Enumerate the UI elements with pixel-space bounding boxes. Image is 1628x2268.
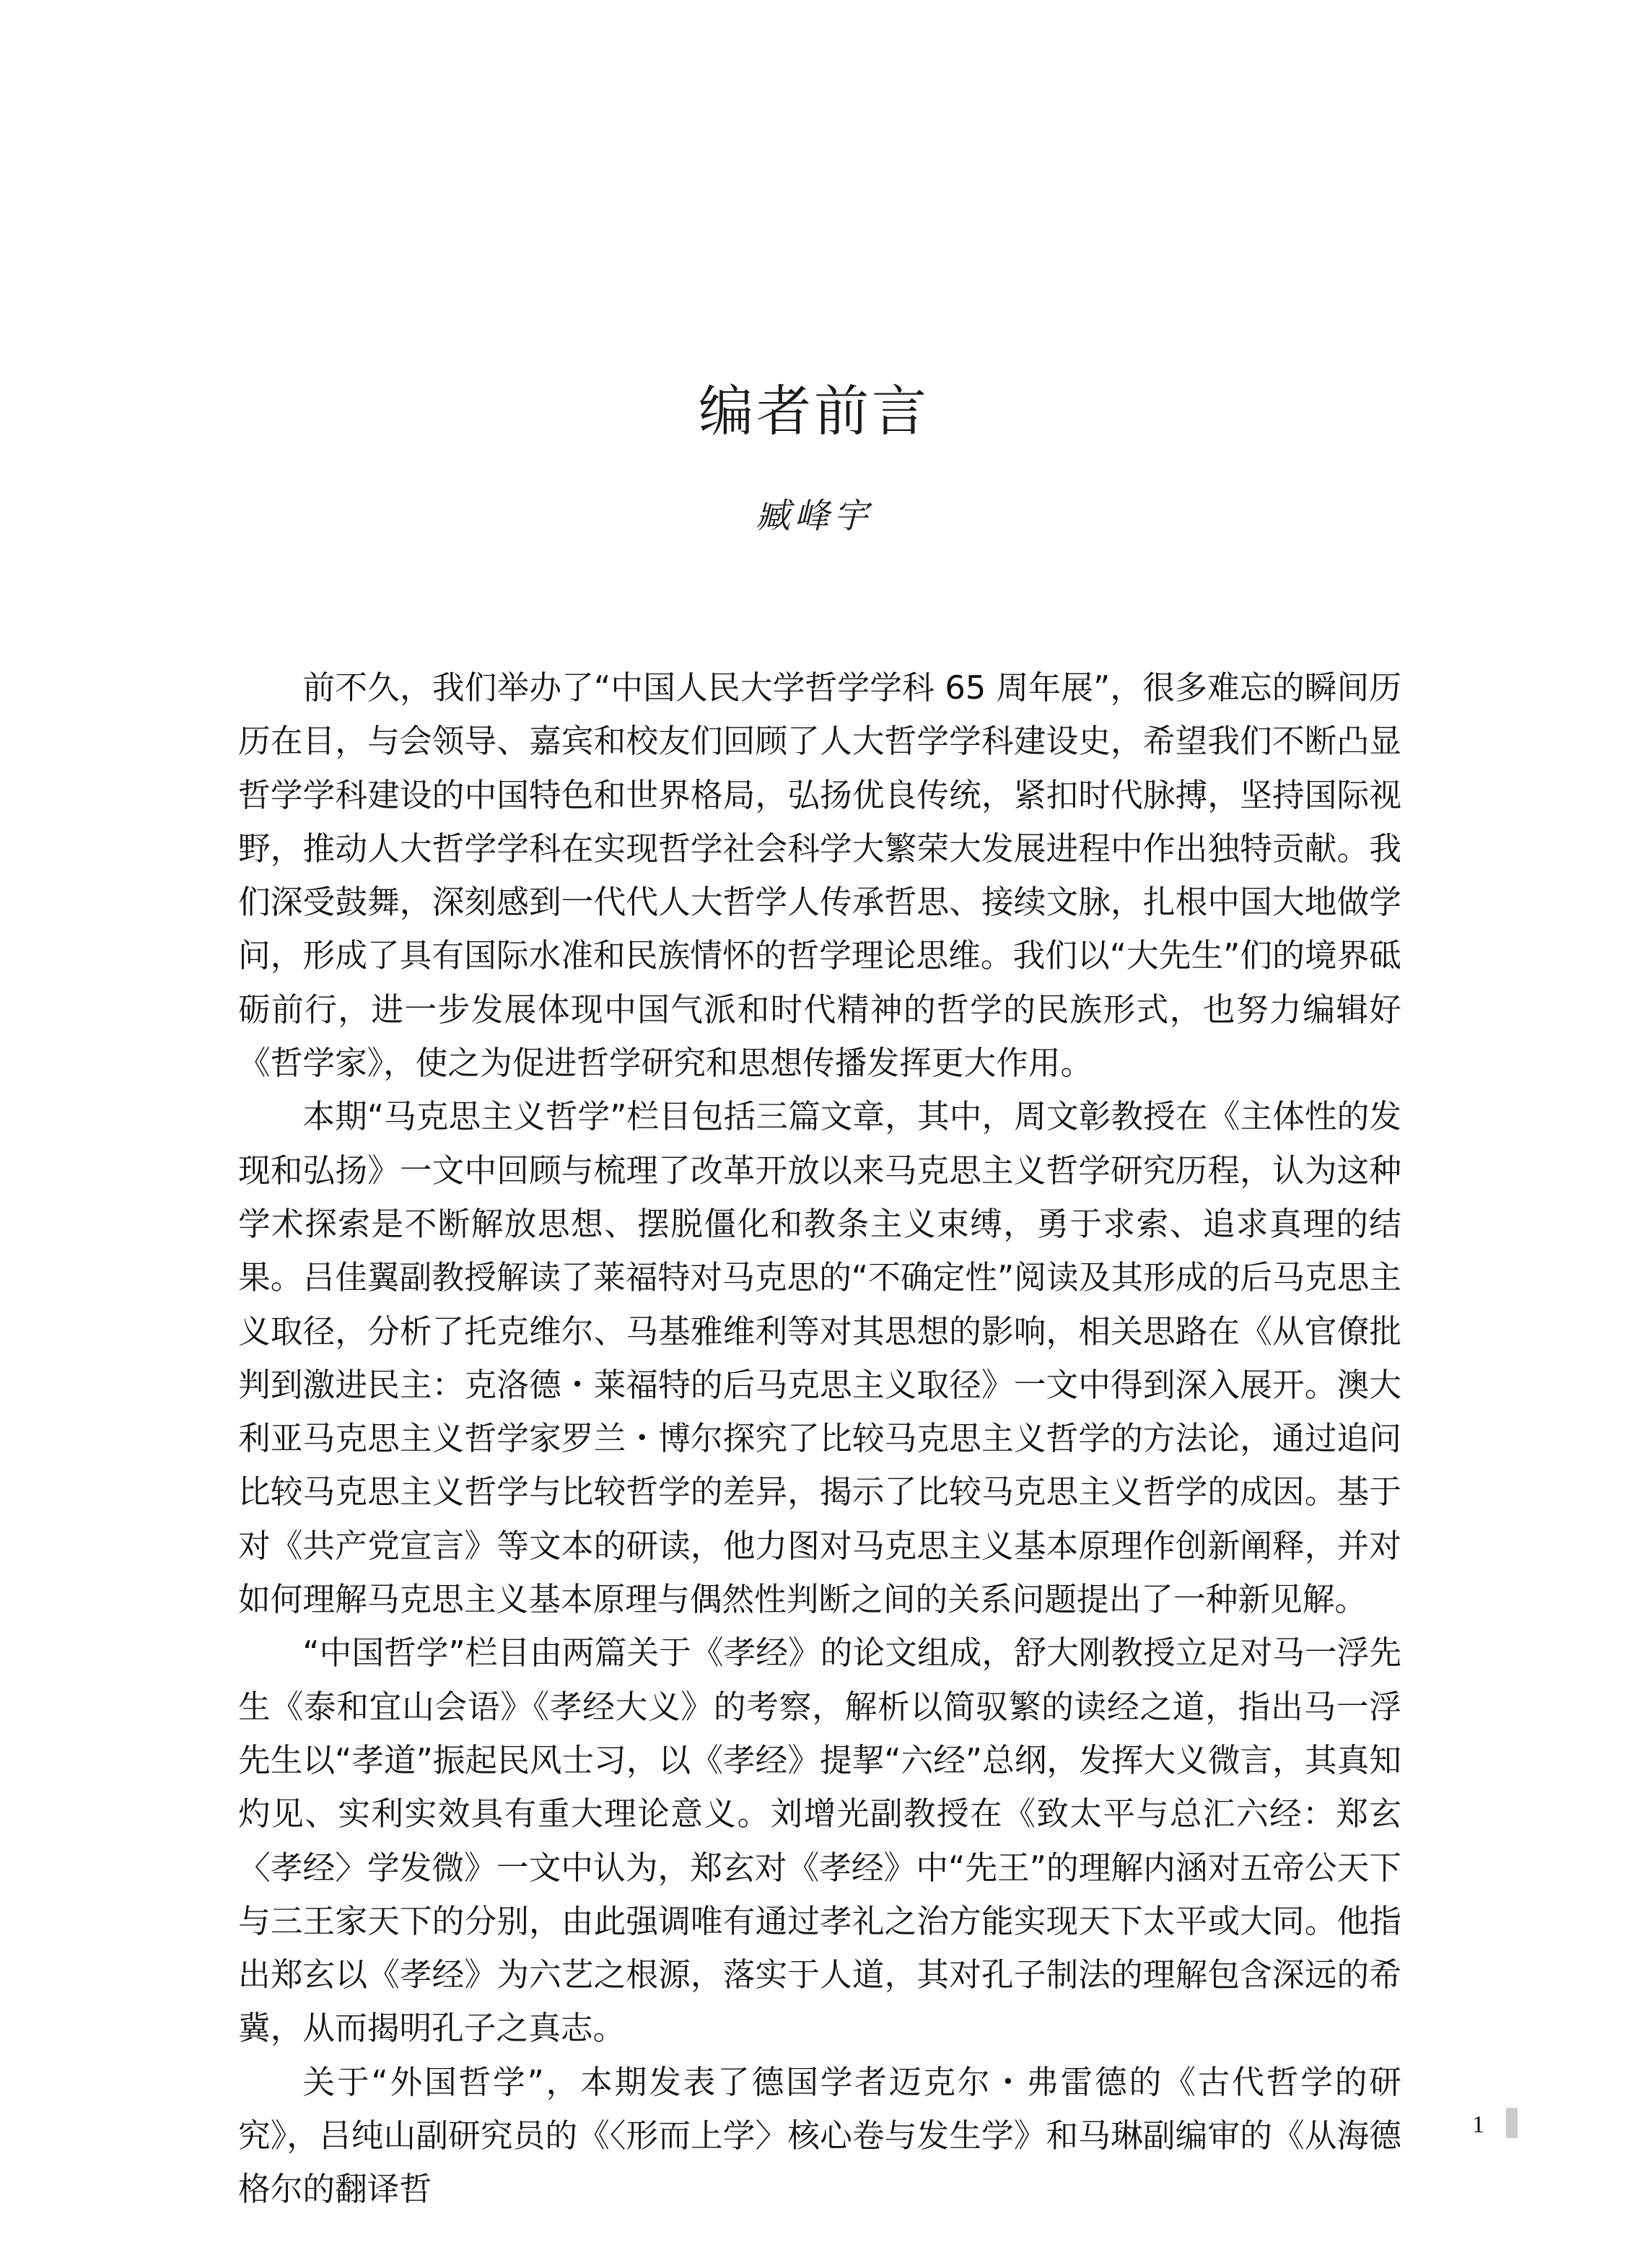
paragraph-intro: 前不久，我们举办了“中国人民大学哲学学科 65 周年展”，很多难忘的瞬间历历在目…	[238, 661, 1401, 1090]
page-number: 1	[1472, 2112, 1484, 2138]
page-footer: 1	[1472, 2106, 1484, 2138]
paragraph-chinese-philosophy: “中国哲学”栏目由两篇关于《孝经》的论文组成，舒大刚教授立足对马一浮先生《泰和宜…	[238, 1626, 1401, 2055]
paragraph-foreign-philosophy: 关于“外国哲学”，本期发表了德国学者迈克尔・弗雷德的《古代哲学的研究》，吕纯山副…	[238, 2056, 1401, 2217]
page-title: 编者前言	[0, 375, 1628, 448]
author-name: 臧峰宇	[0, 491, 1628, 541]
paragraph-marxist-philosophy: 本期“马克思主义哲学”栏目包括三篇文章，其中，周文彰教授在《主体性的发现和弘扬》…	[238, 1090, 1401, 1626]
page-edge-marker	[1506, 2108, 1518, 2138]
body-text: 前不久，我们举办了“中国人民大学哲学学科 65 周年展”，很多难忘的瞬间历历在目…	[238, 661, 1401, 2217]
